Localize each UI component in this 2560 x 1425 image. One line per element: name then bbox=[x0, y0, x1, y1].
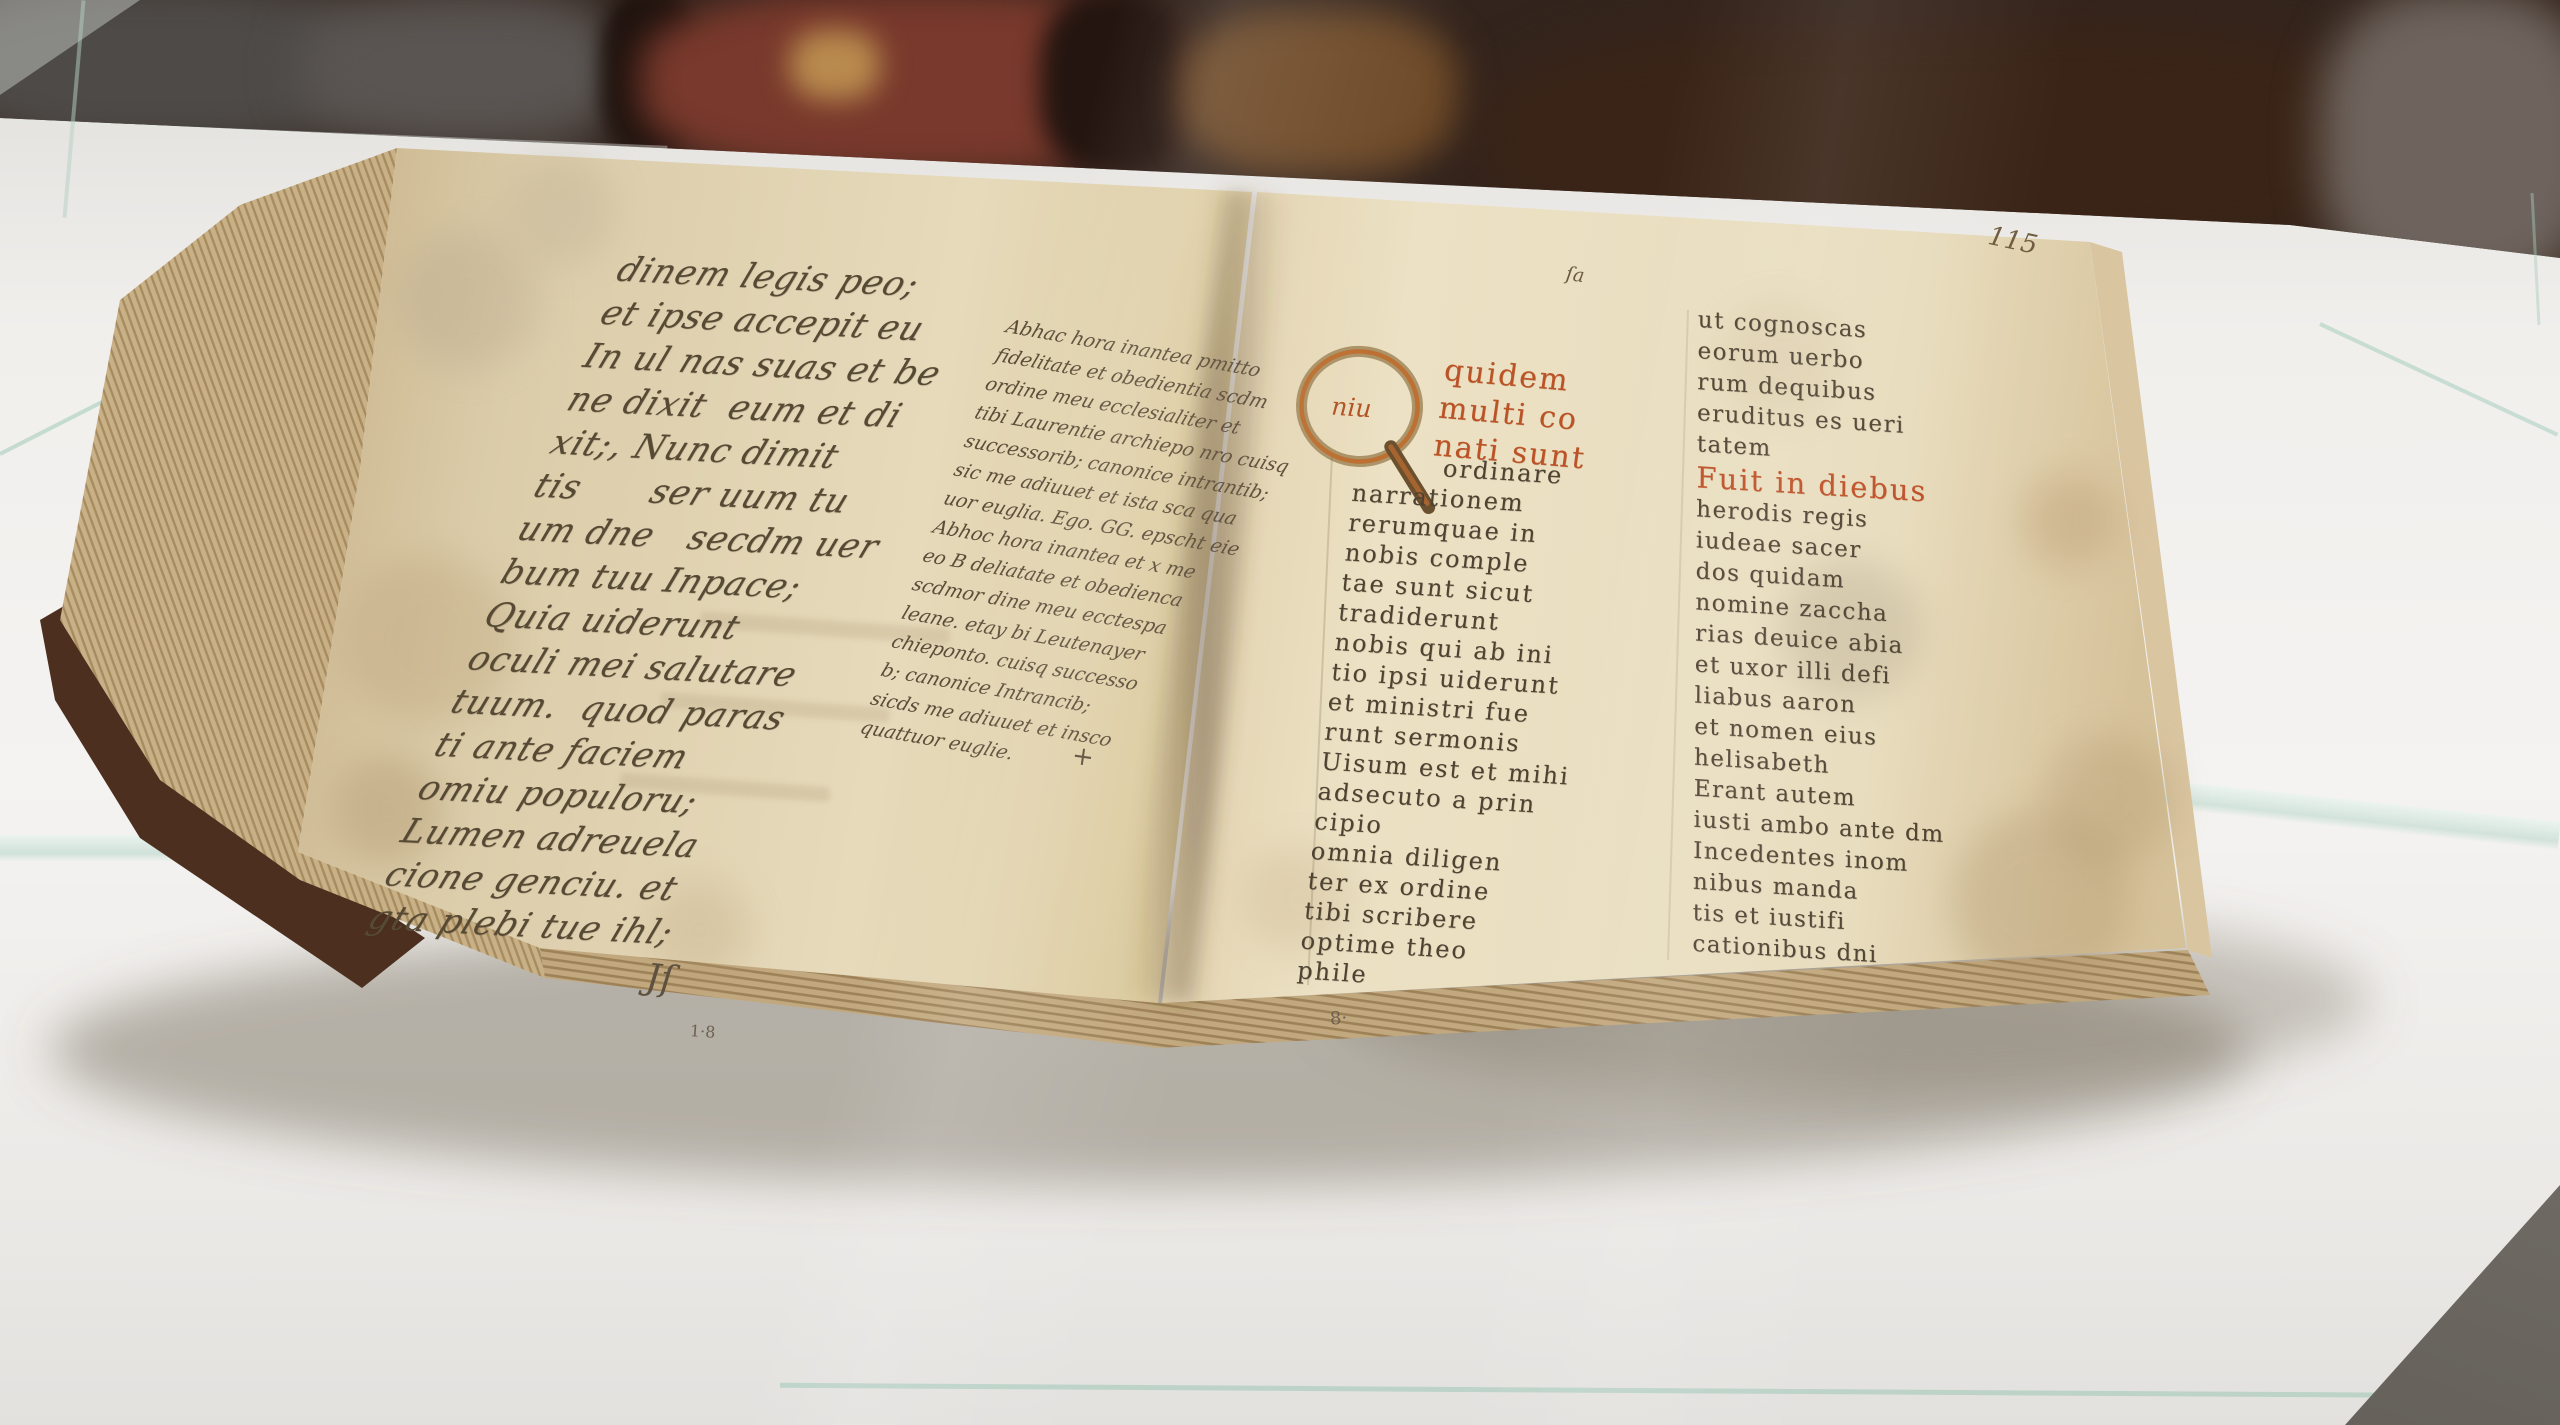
marginal-mark: ſa bbox=[1565, 263, 1586, 287]
quire-number-mark: 8· bbox=[1329, 1008, 1347, 1030]
quire-flourish-mark: Jſ bbox=[644, 957, 676, 1001]
quire-number-mark: 1·8 bbox=[689, 1021, 716, 1042]
manuscript-book: niu bbox=[0, 0, 2560, 1425]
right-page-column2-text: ut cognoscaseorum uerborum dequibuserudi… bbox=[1692, 305, 1949, 975]
museum-display-photo: niu dinem legis peo;et ipse accepit euIn… bbox=[0, 0, 2560, 1425]
cross-mark: + bbox=[1070, 741, 1096, 774]
column2-bottom-lines: herodis regisiudeae sacerdos quidamnomin… bbox=[1692, 494, 1947, 975]
column2-top-lines: ut cognoscaseorum uerborum dequibuserudi… bbox=[1697, 305, 1949, 476]
svg-text:niu: niu bbox=[1330, 392, 1372, 424]
